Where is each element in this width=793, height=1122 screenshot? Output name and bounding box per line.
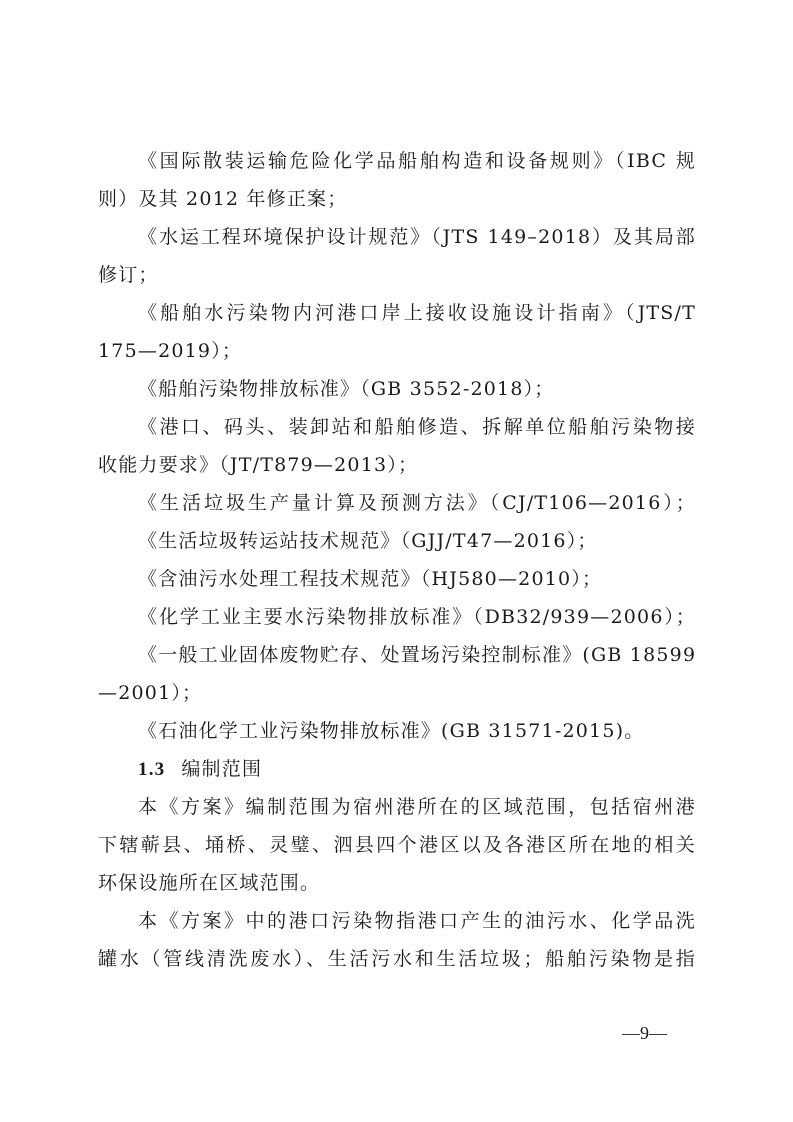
reference-line: 则）及其 2012 年修正案； (98, 180, 696, 218)
body-text-line: 本《方案》编制范围为宿州港所在的区域范围，包括宿州港 (138, 788, 696, 826)
reference-line: 《水运工程环境保护设计规范》（JTS 149–2018）及其局部 (138, 218, 696, 256)
reference-line: 《港口、码头、装卸站和船舶修造、拆解单位船舶污染物接 (138, 408, 696, 446)
reference-line: 175—2019）； (98, 332, 696, 370)
reference-line: 收能力要求》（JT/T879—2013）； (98, 446, 696, 484)
reference-line: 《石油化学工业污染物排放标准》(GB 31571-2015)。 (138, 712, 696, 750)
reference-line: —2001）； (98, 674, 696, 712)
reference-line: 修订； (98, 256, 696, 294)
body-text-line: 本《方案》中的港口污染物指港口产生的油污水、化学品洗 (138, 902, 696, 940)
body-text-line: 环保设施所在区域范围。 (98, 864, 696, 902)
reference-line: 《化学工业主要水污染物排放标准》（DB32/939—2006）； (138, 598, 696, 636)
reference-line: 《一般工业固体废物贮存、处置场污染控制标准》(GB 18599 (138, 636, 696, 674)
reference-line: 《国际散装运输危险化学品船舶构造和设备规则》（IBC 规 (138, 142, 696, 180)
page-number: —9— (622, 1018, 667, 1048)
reference-line: 《含油污水处理工程技术规范》（HJ580—2010）； (138, 560, 696, 598)
body-text-line: 下辖蕲县、埇桥、灵璧、泗县四个港区以及各港区所在地的相关 (98, 826, 696, 864)
body-text-line: 罐水（管线清洗废水）、生活污水和生活垃圾；船舶污染物是指 (98, 940, 696, 978)
section-number: 1.3 (138, 759, 165, 780)
section-heading: 1.3编制范围 (138, 750, 696, 788)
reference-line: 《生活垃圾生产量计算及预测方法》（CJ/T106—2016）； (138, 484, 696, 522)
reference-line: 《船舶水污染物内河港口岸上接收设施设计指南》（JTS/T (138, 294, 696, 332)
document-page: 《国际散装运输危险化学品船舶构造和设备规则》（IBC 规则）及其 2012 年修… (0, 0, 793, 1122)
reference-line: 《生活垃圾转运站技术规范》（GJJ/T47—2016）； (138, 522, 696, 560)
section-title: 编制范围 (181, 758, 262, 780)
reference-line: 《船舶污染物排放标准》（GB 3552-2018）； (138, 370, 696, 408)
